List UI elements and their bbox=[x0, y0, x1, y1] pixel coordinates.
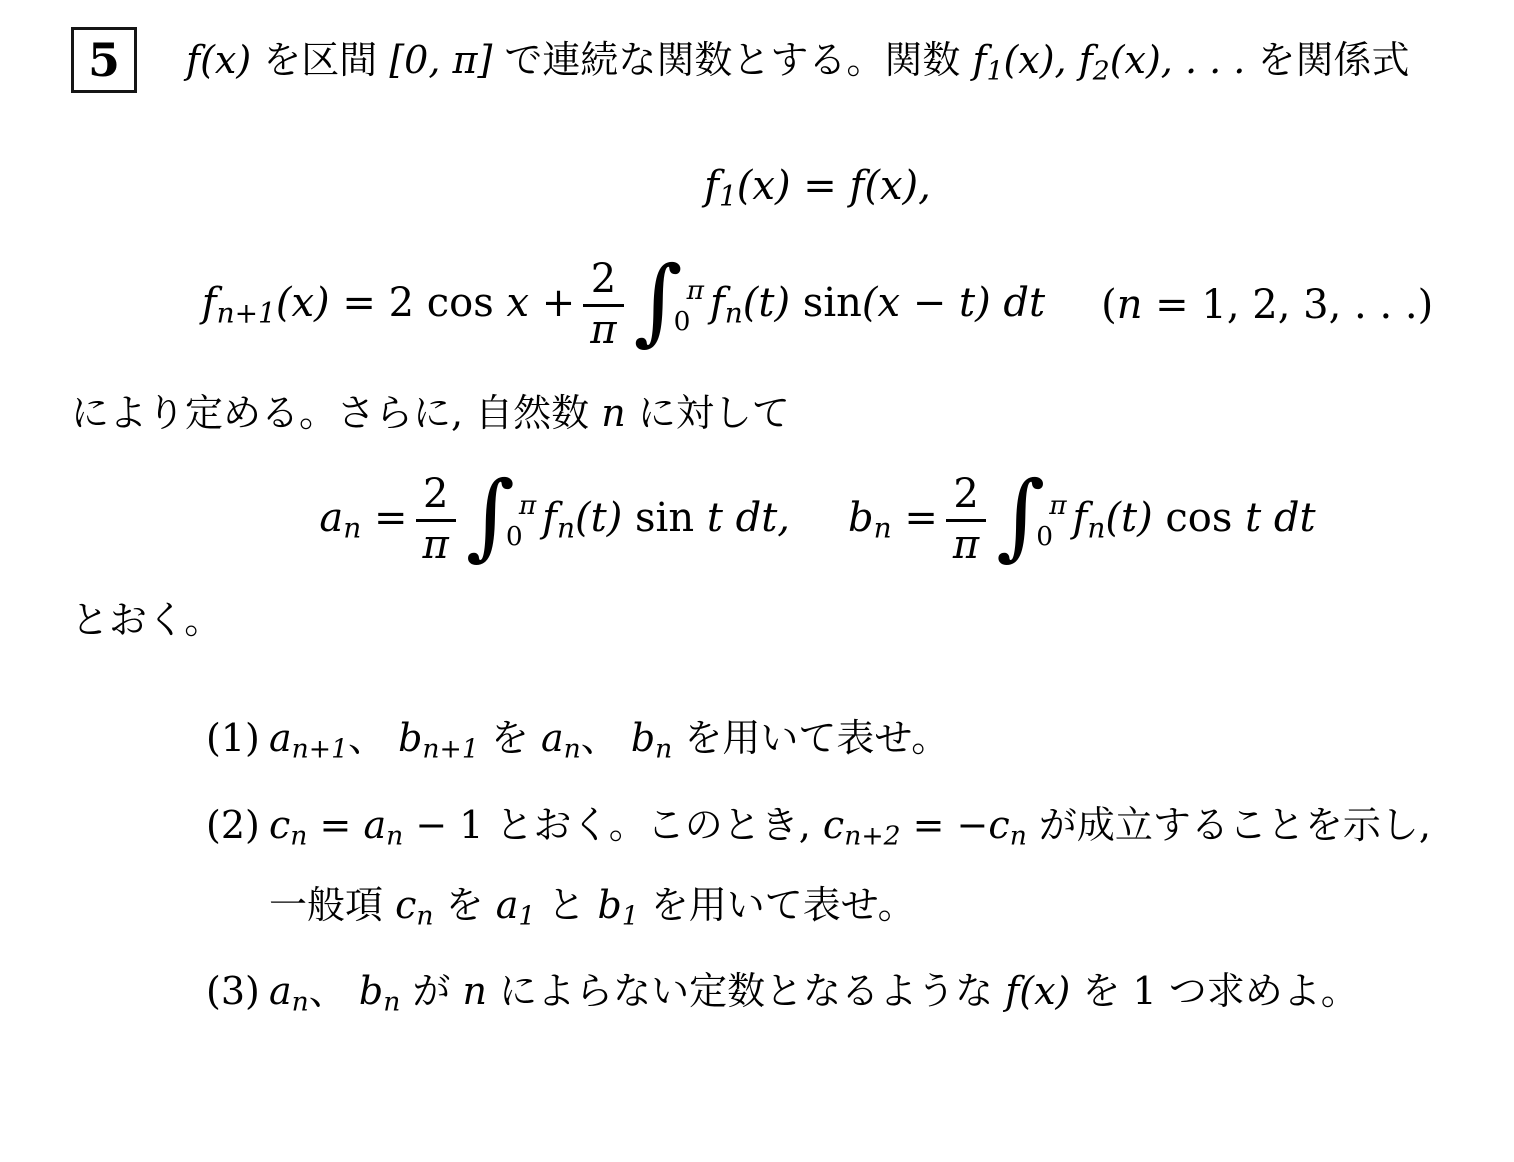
plus-sign: + bbox=[529, 280, 575, 326]
put-paragraph: とおく。 bbox=[71, 597, 1444, 645]
text: が bbox=[400, 969, 462, 1013]
define-text-2: に対して bbox=[626, 391, 790, 435]
intro-text-1: を区間 bbox=[251, 38, 389, 82]
an-integrand: fn(t) sin t dt, bbox=[542, 495, 790, 545]
math-sub: 1 bbox=[719, 180, 737, 213]
define-paragraph: により定める。さらに, 自然数 n に対して bbox=[71, 390, 1444, 438]
math-a-base: a bbox=[319, 495, 343, 541]
subproblem-2-line-1: cn = an − 1 とおく。このとき, cn+2 = −cn が成立すること… bbox=[269, 803, 1431, 847]
math-b-sub: n bbox=[874, 512, 892, 545]
comma: 、 bbox=[348, 716, 398, 760]
math-fn-sub: n bbox=[725, 297, 743, 330]
math-n: n bbox=[601, 391, 625, 435]
sin-operator: sin bbox=[803, 280, 862, 326]
condition-values: = 1, 2, 3, . . .) bbox=[1142, 282, 1433, 328]
math-fn-base: f bbox=[1073, 495, 1088, 541]
equation-an-bn: an = 2π ∫π0 fn(t) sin t dt, bn = 2π ∫π0 … bbox=[131, 473, 1504, 567]
equals-sign: = bbox=[307, 803, 363, 847]
math-a-sub: n bbox=[386, 820, 403, 851]
comma: 、 bbox=[309, 969, 359, 1013]
sin-operator: sin bbox=[635, 495, 707, 541]
math-b-base: b bbox=[359, 969, 383, 1013]
integral-lower-limit: 0 bbox=[506, 521, 523, 552]
math-c-sub: n bbox=[416, 900, 433, 931]
math-fn-base: f bbox=[710, 280, 725, 326]
problem-number-box: 5 bbox=[71, 27, 137, 93]
math-c-sub: n bbox=[1010, 820, 1027, 851]
intro-paragraph: f(x) を区間 [0, π] で連続な関数とする。関数 f1(x), f2(x… bbox=[186, 32, 1409, 89]
equation-recurrence: fn+1(x) = 2 cos x + 2π ∫π0 fn(t) sin(x −… bbox=[131, 258, 1504, 352]
cos-operator: cos bbox=[427, 280, 507, 326]
subproblem-2-text: cn = an − 1 とおく。このとき, cn+2 = −cn が成立すること… bbox=[269, 801, 1444, 933]
integral-lower-limit: 0 bbox=[1036, 521, 1053, 552]
math-c-base: c bbox=[823, 803, 844, 847]
exam-page: 5 f(x) を区間 [0, π] で連続な関数とする。関数 f1(x), f2… bbox=[0, 0, 1514, 1019]
recurrence-condition: (n = 1, 2, 3, . . .) bbox=[1101, 282, 1433, 328]
intro-text-2: で連続な関数とする。関数 bbox=[492, 38, 972, 82]
subproblem-3-label: (3) bbox=[206, 967, 269, 1019]
math-b-sub: n bbox=[655, 734, 672, 765]
math-f2-base: f bbox=[1079, 38, 1093, 82]
math-a-sub: n bbox=[564, 734, 581, 765]
math-a-base: a bbox=[269, 716, 292, 760]
math-a-sub: n bbox=[292, 986, 309, 1017]
text: を 1 つ求めよ。 bbox=[1070, 969, 1358, 1013]
math-f2-sub: 2 bbox=[1093, 55, 1110, 86]
equals-sign: = bbox=[892, 495, 938, 541]
math-c-base: c bbox=[269, 803, 290, 847]
text: によらない定数となるような bbox=[487, 969, 1005, 1013]
math-arg: (x) bbox=[737, 163, 791, 209]
math-f1-base: f bbox=[972, 38, 986, 82]
text: を bbox=[479, 716, 541, 760]
text: と bbox=[535, 883, 597, 927]
math-b-base: b bbox=[597, 883, 621, 927]
recurrence-integrand: fn(t) sin(x − t) dt bbox=[710, 280, 1045, 330]
math-b-base: b bbox=[631, 716, 655, 760]
math-f2-rest: (x), . . . bbox=[1110, 38, 1246, 82]
subproblem-2-label: (2) bbox=[206, 801, 269, 933]
integral-limits: π0 bbox=[513, 490, 530, 549]
math-x: x bbox=[507, 280, 530, 326]
fraction-numerator: 2 bbox=[418, 473, 453, 519]
text: が成立することを示し, bbox=[1027, 803, 1431, 847]
condition-open-paren: ( bbox=[1101, 282, 1117, 328]
math-t-dt: t dt bbox=[1245, 495, 1315, 541]
math-rhs: f(x), bbox=[850, 163, 931, 209]
fraction-denominator: π bbox=[416, 519, 456, 567]
subproblem-2-line-2: 一般項 cn を a1 と b1 を用いて表せ。 bbox=[269, 881, 1444, 933]
math-fn-base: f bbox=[542, 495, 557, 541]
integral: ∫π0 bbox=[466, 473, 530, 567]
integral: ∫π0 bbox=[634, 258, 698, 352]
math-c-base: c bbox=[395, 883, 416, 927]
math-a-sub: n bbox=[343, 512, 361, 545]
math-a-base: a bbox=[496, 883, 519, 927]
bn-integrand: fn(t) cos t dt bbox=[1073, 495, 1316, 545]
math-f-of-x: f(x) bbox=[1005, 969, 1070, 1013]
math-f-sub: n+1 bbox=[217, 297, 276, 330]
equals-minus: = − bbox=[901, 803, 989, 847]
cos-operator: cos bbox=[1165, 495, 1245, 541]
bn-lhs: bn = bbox=[848, 495, 938, 545]
equation-initial-body: f1(x) = f(x), bbox=[704, 163, 931, 213]
subproblem-2: (2) cn = an − 1 とおく。このとき, cn+2 = −cn が成立… bbox=[206, 801, 1444, 933]
an-lhs: an = bbox=[319, 495, 407, 545]
integral-upper-limit: π bbox=[1049, 490, 1066, 521]
fraction-two-over-pi: 2π bbox=[583, 258, 623, 352]
math-a-base: a bbox=[363, 803, 386, 847]
equals-two: = 2 bbox=[330, 280, 427, 326]
minus-one: − 1 bbox=[403, 803, 495, 847]
text: を bbox=[434, 883, 496, 927]
subproblem-1-label: (1) bbox=[206, 714, 269, 766]
math-n: n bbox=[463, 969, 487, 1013]
math-a-base: a bbox=[541, 716, 564, 760]
math-b-sub: 1 bbox=[622, 900, 639, 931]
math-f1-rest: (x), bbox=[1003, 38, 1078, 82]
subproblem-1: (1) an+1、 bn+1 を an、 bn を用いて表せ。 bbox=[206, 714, 1444, 766]
condition-n: n bbox=[1117, 282, 1143, 328]
define-text-1: により定める。さらに, 自然数 bbox=[71, 391, 601, 435]
subproblem-3: (3) an、 bn が n によらない定数となるような f(x) を 1 つ求… bbox=[206, 967, 1444, 1019]
sin-argument: (x − t) bbox=[862, 280, 1004, 326]
math-fn-sub: n bbox=[1087, 512, 1105, 545]
math-f-arg: (x) bbox=[276, 280, 330, 326]
math-fn-arg: (t) bbox=[1105, 495, 1165, 541]
fraction-numerator: 2 bbox=[586, 258, 621, 304]
math-base: f bbox=[704, 163, 719, 209]
fraction-two-over-pi: 2π bbox=[416, 473, 456, 567]
equation-initial: f1(x) = f(x), bbox=[131, 163, 1504, 213]
comma: 、 bbox=[581, 716, 631, 760]
math-a-sub: n+1 bbox=[292, 734, 348, 765]
math-fn-sub: n bbox=[557, 512, 575, 545]
subproblem-list: (1) an+1、 bn+1 を an、 bn を用いて表せ。 (2) cn =… bbox=[206, 714, 1444, 1019]
fraction-denominator: π bbox=[946, 519, 986, 567]
integral: ∫π0 bbox=[996, 473, 1060, 567]
math-c-sub: n+2 bbox=[844, 820, 900, 851]
math-b-base: b bbox=[848, 495, 874, 541]
text: 一般項 bbox=[269, 883, 395, 927]
put-text: とおく。 bbox=[71, 598, 222, 642]
integral-limits: π0 bbox=[1043, 490, 1060, 549]
math-b-sub: n+1 bbox=[422, 734, 478, 765]
fraction-numerator: 2 bbox=[948, 473, 983, 519]
math-f-base: f bbox=[202, 280, 217, 326]
math-c-base: c bbox=[988, 803, 1009, 847]
subproblem-1-text: an+1、 bn+1 を an、 bn を用いて表せ。 bbox=[269, 714, 1444, 766]
fraction-two-over-pi: 2π bbox=[946, 473, 986, 567]
subproblem-3-text: an、 bn が n によらない定数となるような f(x) を 1 つ求めよ。 bbox=[269, 967, 1444, 1019]
math-f-of-x: f(x) bbox=[186, 38, 251, 82]
equals-sign: = bbox=[361, 495, 407, 541]
problem-header: 5 f(x) を区間 [0, π] で連続な関数とする。関数 f1(x), f2… bbox=[71, 27, 1444, 93]
text: を用いて表せ。 bbox=[639, 883, 916, 927]
math-b-sub: n bbox=[383, 986, 400, 1017]
integral-lower-limit: 0 bbox=[674, 306, 691, 337]
equals-sign: = bbox=[791, 163, 850, 209]
math-a-base: a bbox=[269, 969, 292, 1013]
integral-limits: π0 bbox=[681, 275, 698, 334]
fraction-denominator: π bbox=[583, 304, 623, 352]
math-c-sub: n bbox=[290, 820, 307, 851]
math-fn-arg: (t) bbox=[575, 495, 635, 541]
integral-upper-limit: π bbox=[519, 490, 536, 521]
text: とおく。このとき, bbox=[496, 803, 823, 847]
intro-text-3: を関係式 bbox=[1245, 38, 1409, 82]
math-a-sub: 1 bbox=[518, 900, 535, 931]
integral-upper-limit: π bbox=[687, 275, 704, 306]
math-interval: [0, π] bbox=[389, 38, 492, 82]
math-fn-arg: (t) bbox=[743, 280, 803, 326]
math-dt: dt bbox=[1003, 280, 1045, 326]
text: を用いて表せ。 bbox=[672, 716, 949, 760]
math-t-dt: t dt, bbox=[707, 495, 790, 541]
math-f1-sub: 1 bbox=[987, 55, 1004, 86]
math-b-base: b bbox=[398, 716, 422, 760]
recurrence-lhs: fn+1(x) = 2 cos x + bbox=[202, 280, 576, 330]
problem-number: 5 bbox=[88, 33, 120, 87]
